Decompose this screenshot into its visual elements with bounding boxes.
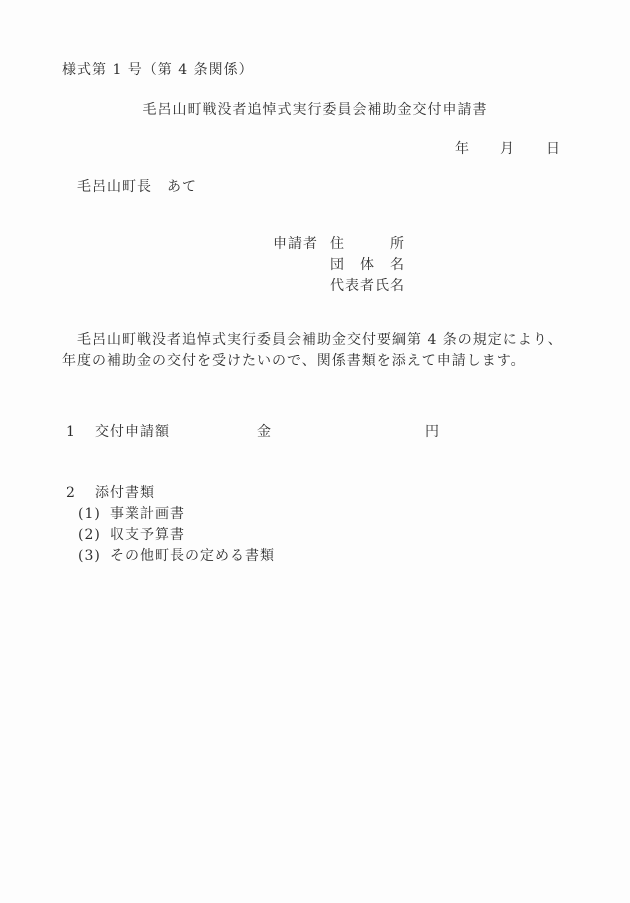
form-number: 様式第 1 号（第 4 条関係） — [62, 62, 254, 78]
applicant-representative-label: 代表者氏名 — [330, 278, 405, 294]
document-page: 様式第 1 号（第 4 条関係） 毛呂山町戦没者追悼式実行委員会補助金交付申請書… — [0, 0, 630, 903]
attachment-1-number: (1) — [78, 506, 101, 522]
date-day-label: 日 — [546, 141, 561, 157]
amount-prefix-label: 金 — [257, 424, 272, 440]
addressee: 毛呂山町長 あて — [77, 179, 197, 195]
date-year-label: 年 — [455, 141, 470, 157]
body-paragraph-line2: 年度の補助金の交付を受けたいので、関係書類を添えて申請します。 — [62, 353, 526, 369]
item2-label: 添付書類 — [95, 485, 155, 501]
applicant-label: 申請者 — [273, 236, 318, 252]
applicant-address-label: 住 所 — [330, 236, 405, 252]
applicant-organization-label: 団 体 名 — [330, 257, 405, 273]
item1-label: 交付申請額 — [95, 424, 170, 440]
item2-number: 2 — [66, 485, 76, 501]
body-paragraph-line1: 毛呂山町戦没者追悼式実行委員会補助金交付要綱第 4 条の規定により、 — [62, 332, 563, 348]
attachment-3-label: その他町長の定める書類 — [110, 548, 275, 564]
attachment-2-number: (2) — [78, 527, 101, 543]
item1-number: 1 — [66, 424, 76, 440]
attachment-2-label: 収支予算書 — [110, 527, 185, 543]
document-title: 毛呂山町戦没者追悼式実行委員会補助金交付申請書 — [0, 102, 630, 118]
attachment-1-label: 事業計画書 — [110, 506, 185, 522]
date-month-label: 月 — [500, 141, 515, 157]
attachment-3-number: (3) — [78, 548, 101, 564]
amount-suffix-label: 円 — [425, 424, 440, 440]
